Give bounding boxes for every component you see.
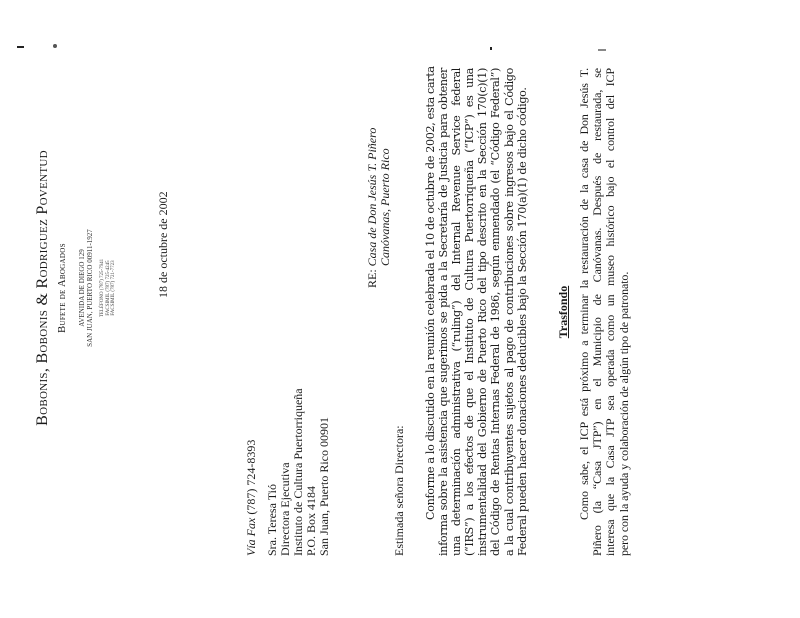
salutation: Estimada señora Directora: [392,425,407,556]
re-line1: Casa de Don Jesús T. Piñero [365,128,379,267]
firm-address: Avenida de Diego 129 San Juan, Puerto Ri… [78,98,94,478]
addressee-block: Sra. Teresa Tió Directora Ejecutiva Inst… [266,388,331,556]
paragraph-1: Conforme a lo discutido en la reunión ce… [424,68,529,556]
firm-fax: Facsimil (787) 721-7723 [111,188,117,388]
re-label: RE: [365,269,379,288]
section-heading: Trasfondo [556,68,571,556]
paragraph-line: (“IRS”) a los efectos de que el Institut… [463,68,476,556]
paragraph-line: una determinación administrativa (“rulin… [450,68,463,556]
paragraph-2: Como sabe, el ICP está próximo a termina… [578,68,631,556]
addressee-line: San Juan, Puerto Rico 00901 [318,388,331,556]
via-number: (787) 724-8393 [244,440,258,515]
firm-subtitle: Bufete de Abogados [57,98,68,478]
firm-address-line1: Avenida de Diego 129 [78,98,86,478]
re-line2: Canóvanas, Puerto Rico [379,128,392,288]
letter-date: 18 de octubre de 2002 [156,191,171,298]
via-label: Vía Fax [244,518,258,556]
delivery-method: Vía Fax (787) 724-8393 [244,440,259,556]
paragraph-line: interesa que la Casa JTP sea operada com… [604,68,617,556]
subject-block: RE: Casa de Don Jesús T. Piñero Canóvana… [366,128,392,288]
firm-address-line2: San Juan, Puerto Rico 00911-1927 [86,98,94,478]
scanned-letter-page: Bobonis, Bobonis & Rodriguez Poventud Bu… [0,0,800,618]
paragraph-line: del Código de Rentas Internas Federal de… [489,68,502,556]
scan-mark [490,47,492,50]
paragraph-line: pero con la ayuda y colaboración de algú… [618,68,631,556]
firm-phones: Teléfono (787) 725-7941 Facsimil (787) 7… [100,188,117,388]
paragraph-line: Federal pueden hacer donaciones deducibl… [516,68,529,556]
scan-mark [17,46,24,48]
scan-mark [53,44,57,48]
paragraph-line: a la cual contribuyentes sujetos al pago… [503,68,516,556]
scan-mark [598,49,606,51]
firm-name: Bobonis, Bobonis & Rodriguez Poventud [34,98,52,478]
paragraph-line: Conforme a lo discutido en la reunión ce… [424,68,437,556]
paragraph-line: instrumentalidad del Gobierno de Puerto … [476,68,489,556]
paragraph-line: informa sobre la asistencia que sugerimo… [437,68,450,556]
